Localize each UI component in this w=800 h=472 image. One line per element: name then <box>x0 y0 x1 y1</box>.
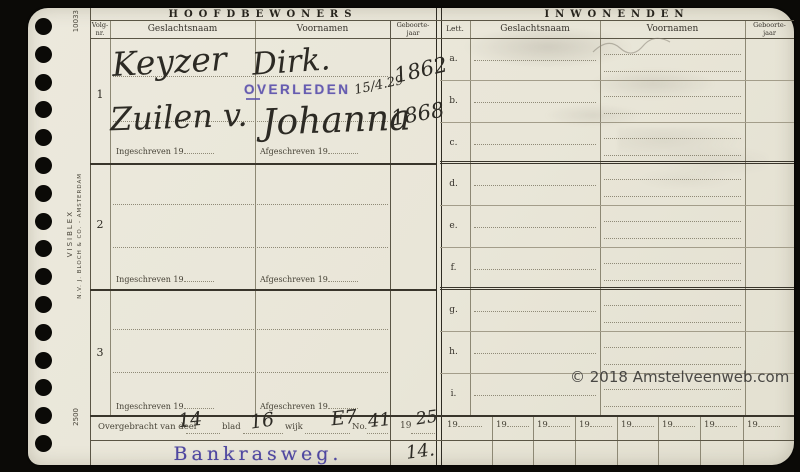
writing-line <box>604 220 741 222</box>
wijk-label: wijk <box>285 422 303 432</box>
overleden-stamp: OVERLEDEN <box>244 82 351 97</box>
col-volgnr: Volg- nr. <box>90 22 110 37</box>
punch-hole <box>35 185 52 202</box>
dotted-fill <box>367 432 388 434</box>
row-letter: h. <box>440 347 467 357</box>
punch-hole <box>35 407 52 424</box>
afgeschreven-label: Afgeschreven 19 <box>260 147 358 156</box>
col-geboortejaar-line2: jaar <box>763 29 776 37</box>
row-letter: e. <box>440 221 467 231</box>
writing-line <box>474 310 596 312</box>
watermark: © 2018 Amstelveenweb.com <box>570 368 789 386</box>
grid-hline <box>90 38 794 39</box>
year-cell-text: 19 <box>496 420 507 430</box>
writing-line <box>604 178 741 180</box>
grid-hline <box>90 440 794 441</box>
writing-line <box>604 346 741 348</box>
writing-line <box>604 304 741 306</box>
year-cell: 19 <box>537 420 570 430</box>
col-geboortejaar-right: Geboorte- jaar <box>745 22 794 37</box>
punch-hole <box>35 157 52 174</box>
row-divider <box>90 289 436 291</box>
handwritten-no: 41 <box>367 409 392 432</box>
punch-hole <box>35 296 52 313</box>
writing-line <box>604 237 741 239</box>
writing-line <box>604 405 741 407</box>
year-cell-text: 19 <box>579 420 590 430</box>
punch-hole <box>35 213 52 230</box>
writing-line <box>604 279 741 281</box>
row-letter: g. <box>440 305 467 315</box>
dotted-fill <box>411 432 435 434</box>
writing-line <box>113 203 388 205</box>
maker-name: N.V. J. BLOCH & CO. - AMSTERDAM <box>77 173 83 299</box>
year-cell-text: 19 <box>747 420 758 430</box>
handwritten-firstname-2: Johanna <box>261 97 411 143</box>
punch-hole <box>35 240 52 257</box>
row-number: 2 <box>90 218 110 231</box>
year-cell: 19 <box>662 420 695 430</box>
dotted-fill <box>590 425 612 427</box>
ingeschreven-label: Ingeschreven 19 <box>116 147 214 156</box>
punch-hole <box>35 129 52 146</box>
row-letter: f. <box>440 263 467 273</box>
row-number: 1 <box>90 88 110 101</box>
writing-line <box>604 154 741 156</box>
col-voornamen-left: Voornamen <box>255 24 390 34</box>
year-cell: 19 <box>496 420 529 430</box>
punch-hole <box>35 268 52 285</box>
year-cell-text: 19 <box>621 420 632 430</box>
grid-hline <box>440 205 794 206</box>
year-cell: 19 <box>704 420 737 430</box>
brand-name: VISIBLEX <box>66 210 74 257</box>
group-divider <box>440 287 794 290</box>
writing-line <box>604 70 741 72</box>
writing-line <box>474 59 596 61</box>
writing-line <box>474 143 596 145</box>
row-letter: d. <box>440 179 467 189</box>
dotted-fill <box>507 425 529 427</box>
writing-line <box>474 226 596 228</box>
afgeschreven-label: Afgeschreven 19 <box>260 275 358 284</box>
grid-hline <box>440 247 794 248</box>
overleden-stamp-underline <box>246 98 260 100</box>
dotted-fill <box>548 425 570 427</box>
row-letter: a. <box>440 54 467 64</box>
punch-hole <box>35 46 52 63</box>
writing-line <box>474 101 596 103</box>
card-serial-bottom: 2500 <box>72 408 80 426</box>
handwritten-deel: 14 <box>177 408 203 432</box>
ingeschreven-text: Ingeschreven 19 <box>116 147 184 156</box>
punch-hole <box>35 74 52 91</box>
inwonenden-title: INWONENDEN <box>440 9 794 20</box>
dotted-fill <box>184 280 214 282</box>
ingeschreven-text: Ingeschreven 19 <box>116 402 184 411</box>
col-geboortejaar-left: Geboorte- jaar <box>390 22 436 37</box>
dotted-fill <box>243 432 283 434</box>
writing-line <box>113 246 388 248</box>
row-number: 3 <box>90 346 110 359</box>
row-letter: c. <box>440 138 467 148</box>
writing-line <box>604 137 741 139</box>
ingeschreven-label: Ingeschreven 19 <box>116 275 214 284</box>
year-prefix: 19 <box>400 421 411 431</box>
row-letter: b. <box>440 96 467 106</box>
grid-hline <box>440 80 794 81</box>
handwritten-wijk: E7 <box>330 406 358 431</box>
hoofdbewoners-title: HOOFDBEWONERS <box>90 9 436 20</box>
dotted-fill <box>186 432 220 434</box>
year-cell-text: 19 <box>537 420 548 430</box>
grid-hline <box>440 331 794 332</box>
group-divider <box>440 161 794 164</box>
dotted-fill <box>458 425 482 427</box>
dotted-fill <box>632 425 654 427</box>
register-card: 10033 VISIBLEX N.V. J. BLOCH & CO. - AMS… <box>28 8 794 465</box>
year-cell: 19 <box>747 420 780 430</box>
dotted-fill <box>328 152 358 154</box>
handwritten-surname-2: Zuilen v. <box>109 96 248 139</box>
writing-line <box>474 268 596 270</box>
dotted-fill <box>715 425 737 427</box>
col-lett: Lett. <box>440 24 470 33</box>
writing-line <box>604 363 741 365</box>
writing-line <box>604 262 741 264</box>
writing-line <box>604 388 741 390</box>
year-cell-text: 19 <box>704 420 715 430</box>
year-cell: 19 <box>447 420 482 430</box>
pencil-squiggle <box>588 32 678 62</box>
punch-hole <box>35 352 52 369</box>
writing-line <box>604 95 741 97</box>
year-cell: 19 <box>579 420 612 430</box>
writing-line <box>474 352 596 354</box>
ingeschreven-text: Ingeschreven 19 <box>116 275 184 284</box>
dotted-fill <box>305 432 350 434</box>
col-geslachtsnaam-left: Geslachtsnaam <box>110 24 255 34</box>
col-geboortejaar-line2: jaar <box>407 29 420 37</box>
dotted-fill <box>184 152 214 154</box>
dotted-fill <box>758 425 780 427</box>
dotted-fill <box>673 425 695 427</box>
punch-hole <box>35 324 52 341</box>
year-cell-text: 19 <box>662 420 673 430</box>
row-divider <box>90 163 436 165</box>
row-letter: i. <box>440 389 467 399</box>
handwritten-year: 25 <box>415 407 439 430</box>
punch-hole <box>35 379 52 396</box>
writing-line <box>113 371 388 373</box>
grid-hline <box>440 122 794 123</box>
writing-line <box>604 195 741 197</box>
afgeschreven-text: Afgeschreven 19 <box>260 147 328 156</box>
handwritten-surname-1: Keyzer <box>111 39 228 84</box>
punch-hole <box>35 435 52 452</box>
afgeschreven-text: Afgeschreven 19 <box>260 275 328 284</box>
house-number: 14. <box>405 439 436 463</box>
year-cell-text: 19 <box>447 420 458 430</box>
card-serial-top: 10033 <box>72 10 80 32</box>
dotted-fill <box>328 280 358 282</box>
scan-photo: { "margin": { "serial_top": "10033", "br… <box>0 0 800 472</box>
punch-hole <box>35 101 52 118</box>
punch-hole <box>35 18 52 35</box>
grid-vline <box>90 8 91 465</box>
writing-line <box>474 394 596 396</box>
writing-line <box>474 184 596 186</box>
year-cell: 19 <box>621 420 654 430</box>
col-geslachtsnaam-right: Geslachtsnaam <box>470 24 600 34</box>
writing-line <box>604 321 741 323</box>
handwritten-firstname-1: Dirk. <box>251 41 332 82</box>
writing-line <box>113 328 388 330</box>
grid-hline <box>90 20 794 21</box>
writing-line <box>604 112 741 114</box>
handwritten-blad: 16 <box>249 408 276 433</box>
street-name-stamp: Bankrasweg. <box>128 443 388 465</box>
col-volgnr-line2: nr. <box>96 29 105 37</box>
blad-label: blad <box>222 422 241 432</box>
grid-vline <box>110 20 111 415</box>
